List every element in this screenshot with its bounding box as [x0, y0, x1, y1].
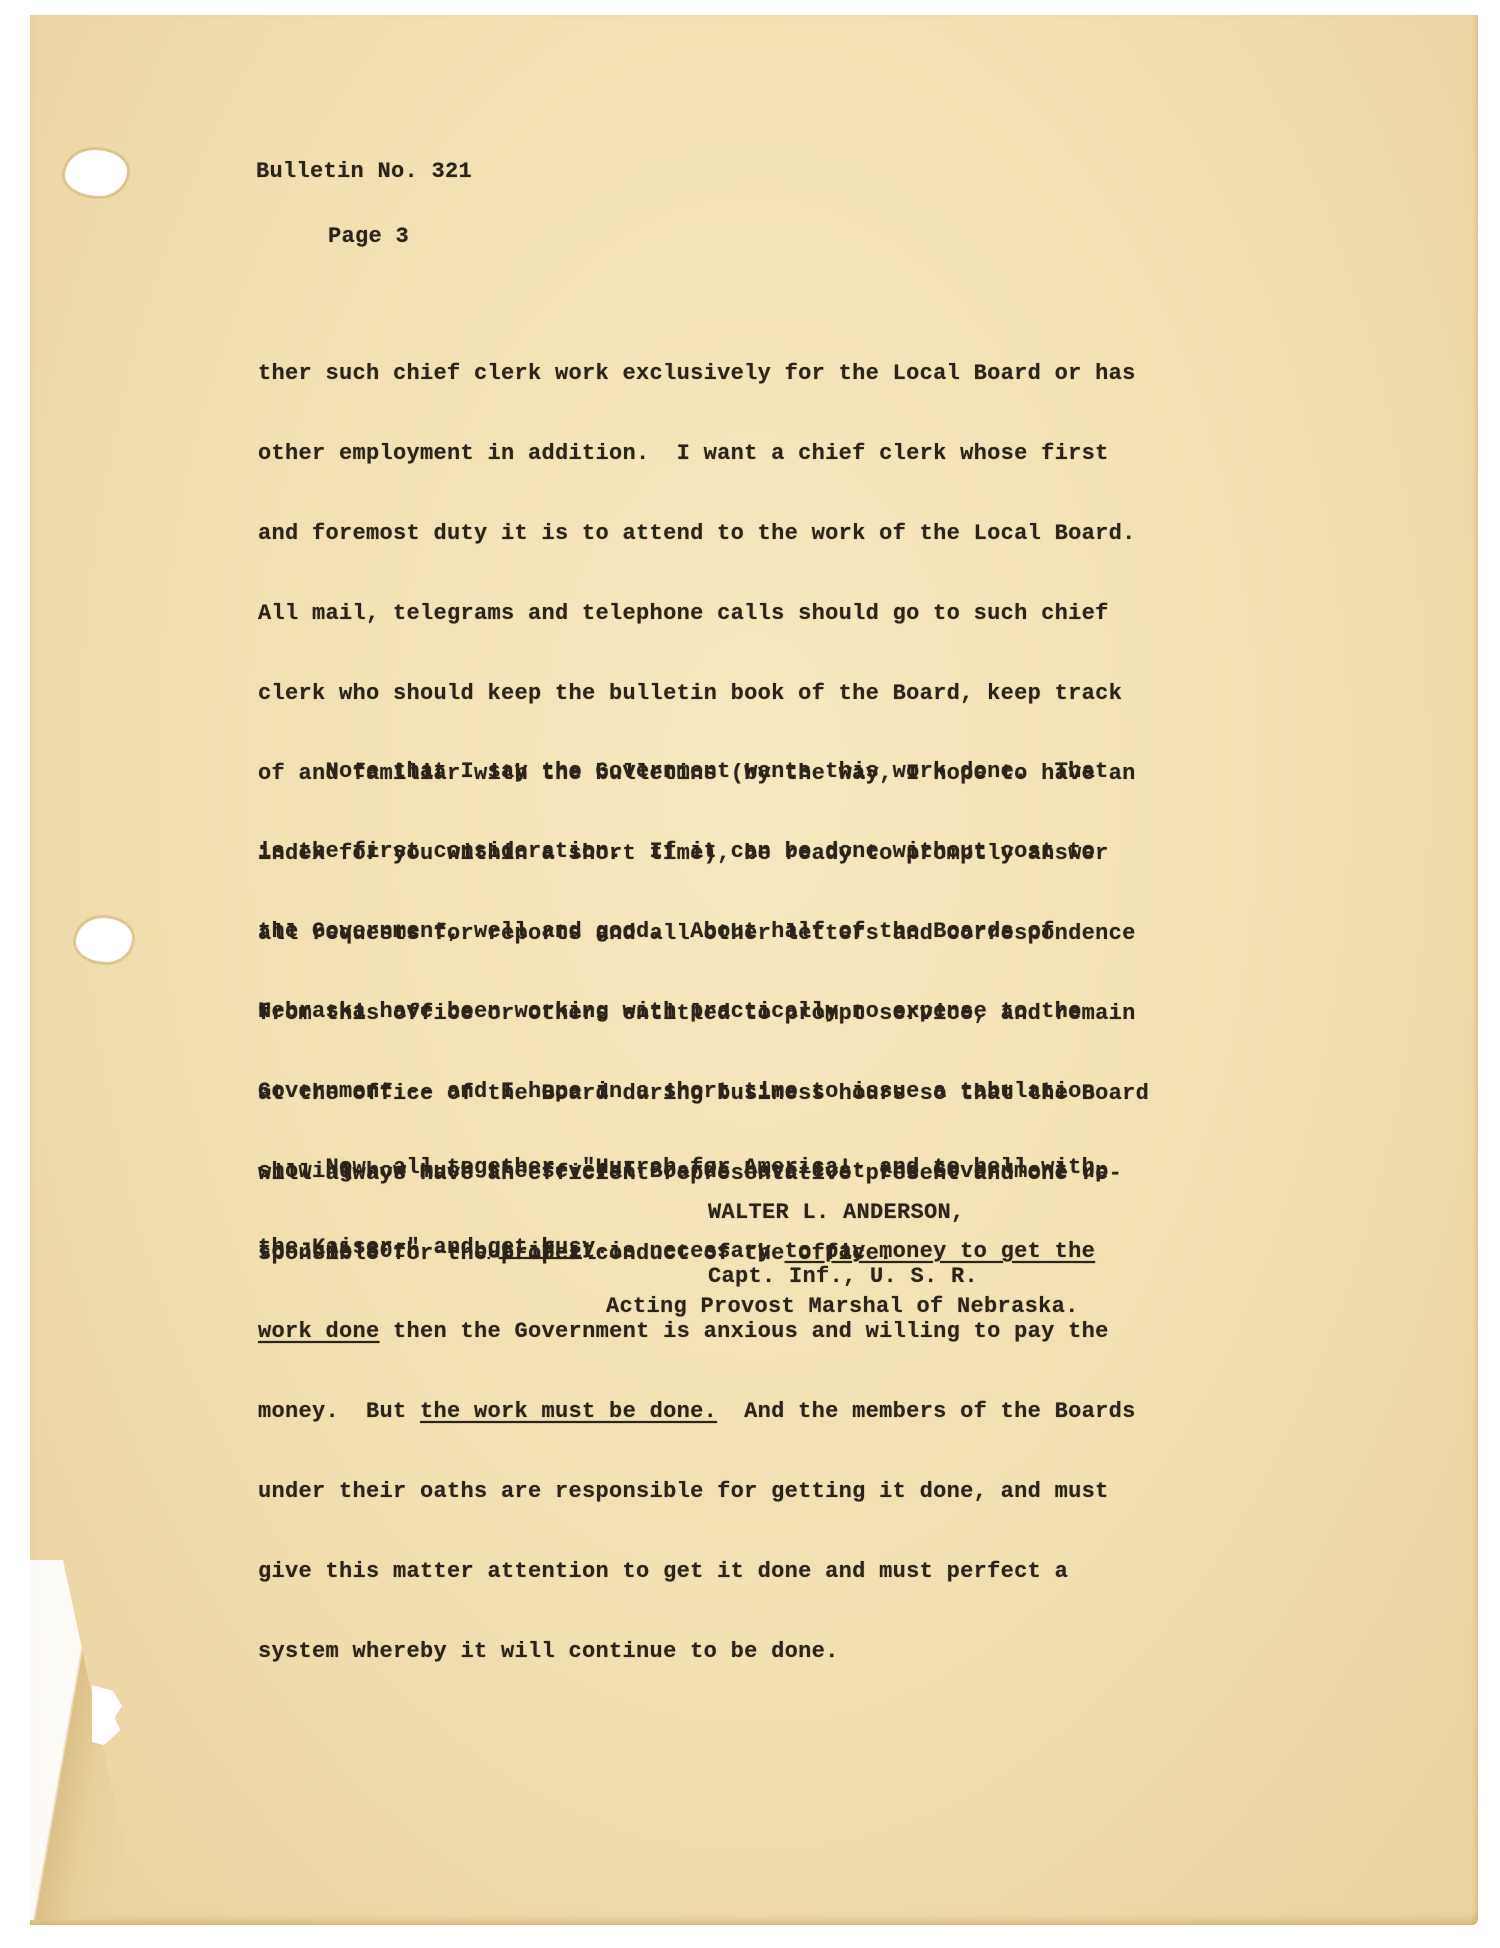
text-segment: And the members of the Boards	[717, 1399, 1136, 1424]
underlined-emphasis: work done	[258, 1319, 380, 1344]
text-line: give this matter attention to get it don…	[258, 1557, 1136, 1587]
text-line: All mail, telegrams and telephone calls …	[258, 599, 1149, 629]
text-segment: money. But	[258, 1399, 420, 1424]
text-line: money. But the work must be done. And th…	[258, 1397, 1136, 1427]
text-line: is the first consideration. If it can be…	[258, 837, 1136, 867]
text-line: other employment in addition. I want a c…	[258, 439, 1149, 469]
signature-rank: Capt. Inf., U. S. R.	[708, 1262, 978, 1292]
underlined-emphasis: get busy	[488, 1235, 596, 1260]
page-number: Page 3	[328, 222, 409, 252]
paragraph-closing: Now, all together, "Hurrah for America!-…	[258, 1103, 1095, 1288]
punch-hole-middle	[76, 918, 132, 962]
text-line: clerk who should keep the bulletin book …	[258, 679, 1149, 709]
text-segment: then the Government is anxious and willi…	[380, 1319, 1109, 1344]
bulletin-number: Bulletin No. 321	[256, 157, 472, 187]
text-line: under their oaths are responsible for ge…	[258, 1477, 1136, 1507]
underlined-emphasis: the work must be done.	[420, 1399, 717, 1424]
punch-hole-top	[65, 150, 127, 196]
text-line: Nebraska have been working with practica…	[258, 997, 1136, 1027]
text-line: ther such chief clerk work exclusively f…	[258, 359, 1149, 389]
text-line: and foremost duty it is to attend to the…	[258, 519, 1149, 549]
signature-title: Acting Provost Marshal of Nebraska.	[606, 1292, 1079, 1322]
text-line: Note that I say the Government wants thi…	[258, 757, 1136, 787]
text-line: the Kaiser," and get busy.	[258, 1233, 1095, 1263]
text-line: Now, all together, "Hurrah for America!-…	[258, 1153, 1095, 1183]
signature-name: WALTER L. ANDERSON,	[708, 1198, 965, 1228]
text-line: system whereby it will continue to be do…	[258, 1637, 1136, 1667]
text-line: the Government, well and good. About hal…	[258, 917, 1136, 947]
text-segment: .	[596, 1235, 610, 1260]
text-segment: the Kaiser," and	[258, 1235, 488, 1260]
